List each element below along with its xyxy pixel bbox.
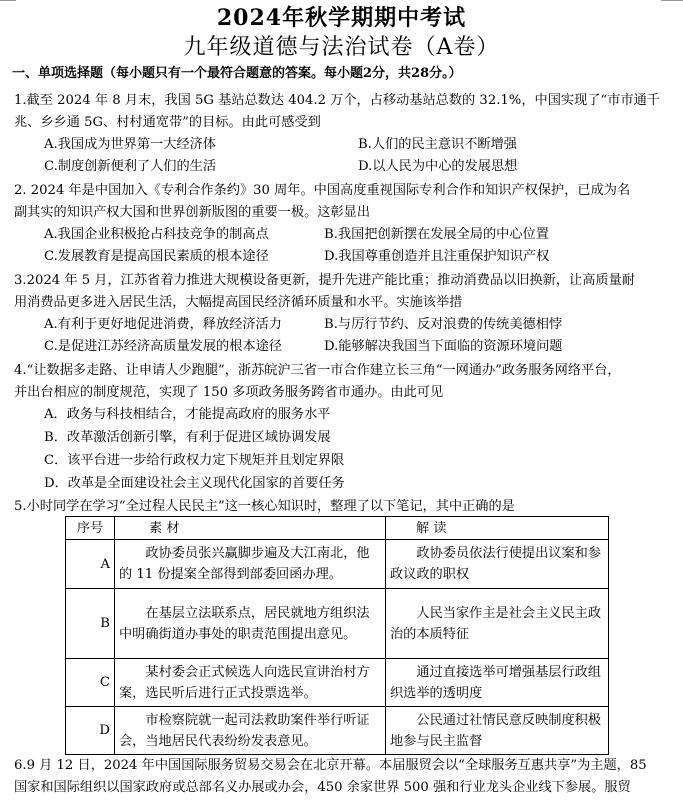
option-c: C．该平台进一步给行政权力定下规矩并且划定界限 <box>44 451 344 471</box>
row-number: A <box>66 540 115 589</box>
option-d: D.能够解决我国当下面临的资源环境问题 <box>324 337 562 357</box>
option-a: A.我国成为世界第一大经济体 <box>44 135 216 155</box>
option-b: B.与厉行节约、反对浪费的传统美德相悖 <box>324 315 562 335</box>
row-interpretation: 政协委员依法行使提出议案和参政议政的职权 <box>386 540 609 589</box>
exam-subtitle: 九年级道德与法治试卷（A卷） <box>0 33 683 63</box>
header-material: 素 材 <box>115 517 386 540</box>
option-a: A.我国企业积极抢占科技竞争的制高点 <box>44 225 269 245</box>
row-interpretation: 人民当家作主是社会主义民主政治的本质特征 <box>386 589 609 659</box>
option-b: B.我国把创新摆在发展全局的中心位置 <box>324 225 549 245</box>
table-header-row: 序号 素 材 解 读 <box>66 517 609 540</box>
exam-title: 2024年秋学期期中考试 <box>0 4 683 32</box>
crop-mark-right <box>661 0 683 1</box>
table-row: A 政协委员张兴赢脚步遍及大江南北，他的 11 份提案全部得到部委回函办理。 政… <box>66 540 609 589</box>
row-interpretation: 公民通过社情民意反映制度积极地参与民主监督 <box>386 707 609 755</box>
question-stem: 3.2024 年 5 月，江苏省着力推进大规模设备更新，提升先进产能比重；推动消… <box>14 271 635 291</box>
header-number: 序号 <box>66 517 115 540</box>
question-stem: 副其实的知识产权大国和世界创新版图的重要一极。这彰显出 <box>14 203 370 223</box>
option-b: B．改革激活创新引擎，有利于促进区域协调发展 <box>44 428 331 448</box>
row-number: C <box>66 659 115 707</box>
question-stem: 4.“让数据多走路、让申请人少跑腿”，浙苏皖沪三省一市合作建立长三角“一网通办”… <box>14 361 621 381</box>
table-row: B 在基层立法联系点，居民就地方组织法中明确街道办事处的职责范围提出意见。 人民… <box>66 589 609 659</box>
row-material: 在基层立法联系点，居民就地方组织法中明确街道办事处的职责范围提出意见。 <box>115 589 386 659</box>
option-d: D．改革是全面建设社会主义现代化国家的首要任务 <box>44 474 345 494</box>
table-row: D 市检察院就一起司法救助案件举行听证会，当地居民代表纷纷发表意见。 公民通过社… <box>66 707 609 755</box>
notes-table: 序号 素 材 解 读 A 政协委员张兴赢脚步遍及大江南北，他的 11 份提案全部… <box>65 516 609 755</box>
question-stem: 6.9 月 12 日，2024 年中国国际服务贸易交易会在北京开幕。本届服贸会以… <box>14 756 647 776</box>
option-c: C.发展教育是提高国民素质的根本途径 <box>44 247 269 267</box>
question-stem: 1.截至 2024 年 8 月末，我国 5G 基站总数达 404.2 万个，占移… <box>14 91 660 111</box>
question-stem: 兆、乡乡通 5G、村村通宽带”的目标。由此可感受到 <box>14 113 321 133</box>
option-a: A．政务与科技相结合，才能提高政府的服务水平 <box>44 405 330 425</box>
question-stem: 5.小时同学在学习“全过程人民民主”这一核心知识时，整理了以下笔记，其中正确的是 <box>14 497 515 517</box>
section-heading: 一、单项选择题（每小题只有一个最符合题意的答案。每小题2分，共28分。） <box>12 65 462 83</box>
row-interpretation: 通过直接选举可增强基层行政组织选举的透明度 <box>386 659 609 707</box>
option-c: C.制度创新便利了人们的生活 <box>44 157 216 177</box>
row-material: 政协委员张兴赢脚步遍及大江南北，他的 11 份提案全部得到部委回函办理。 <box>115 540 386 589</box>
option-d: D.以人民为中心的发展思想 <box>358 157 517 177</box>
question-stem: 2. 2024 年是中国加入《专利合作条约》30 周年。中国高度重视国际专利合作… <box>14 181 630 201</box>
row-material: 市检察院就一起司法救助案件举行听证会，当地居民代表纷纷发表意见。 <box>115 707 386 755</box>
row-material: 某村委会正式候选人向选民宣讲治村方案，选民听后进行正式投票选举。 <box>115 659 386 707</box>
option-b: B.人们的民主意识不断增强 <box>358 135 517 155</box>
question-stem: 用消费品更多进入居民生活，大幅提高国民经济循环质量和水平。实施该举措 <box>14 293 462 313</box>
row-number: D <box>66 707 115 755</box>
option-a: A.有利于更好地促进消费，释放经济活力 <box>44 315 282 335</box>
question-stem: 并出台相应的制度规范，实现了 150 多项政务服务跨省市通办。由此可见 <box>14 383 443 403</box>
option-d: D.我国尊重创造并且注重保护知识产权 <box>324 247 549 267</box>
table-row: C 某村委会正式候选人向选民宣讲治村方案，选民听后进行正式投票选举。 通过直接选… <box>66 659 609 707</box>
row-number: B <box>66 589 115 659</box>
header-interpretation: 解 读 <box>386 517 609 540</box>
question-stem: 国家和国际组织以国家政府或总部名义办展或办会，450 余家世界 500 强和行业… <box>14 778 631 798</box>
option-c: C.是促进江苏经济高质量发展的根本途径 <box>44 337 282 357</box>
crop-mark-left <box>0 0 16 1</box>
